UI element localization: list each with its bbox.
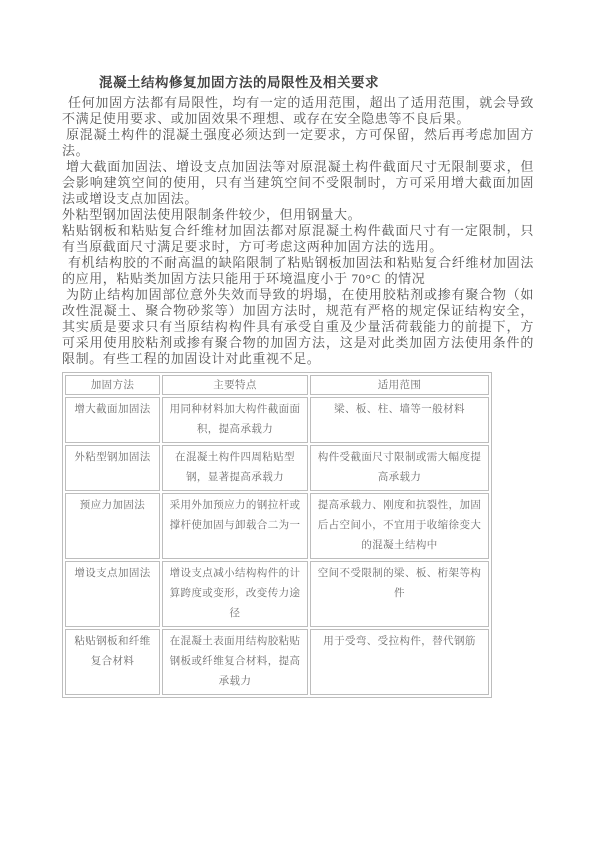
cell-method: 预应力加固法 xyxy=(65,493,160,559)
cell-scope: 提高承载力、刚度和抗裂性，加固后占空间小，不宜用于收缩徐变大的混凝土结构中 xyxy=(310,493,489,559)
paragraph-plate-fiber-limit: 粘贴钢板和粘贴复合纤维材加固法都对原混凝土构件截面尺寸有一定限制，只有当原截面尺… xyxy=(62,223,534,255)
paragraph-strength-requirement: 原混凝土构件的混凝土强度必须达到一定要求，方可保留，然后再考虑加固方法。 xyxy=(62,127,534,159)
header-method: 加固方法 xyxy=(65,375,160,395)
cell-method: 外粘型钢加固法 xyxy=(65,445,160,491)
table-row: 外粘型钢加固法 在混凝土构件四周粘贴型钢，显著提高承载力 构件受截面尺寸限制或需… xyxy=(65,445,489,491)
table-header-row: 加固方法 主要特点 适用范围 xyxy=(65,375,489,395)
table-row: 增大截面加固法 用同种材料加大构件截面面积，提高承载力 梁、板、柱、墙等一般材料 xyxy=(65,397,489,443)
table-row: 增设支点加固法 增设支点减小结构构件的计算跨度或变形，改变传力途径 空间不受限制… xyxy=(65,561,489,627)
table-row: 粘贴钢板和纤维复合材料 在混凝土表面用结构胶粘贴钢板或纤维复合材料，提高承载力 … xyxy=(65,629,489,695)
paragraph-collapse-prevention: 为防止结构加固部位意外失效而导致的坍塌，在使用胶粘剂或掺有聚合物（如改性混凝土、… xyxy=(62,287,534,367)
cell-scope: 空间不受限制的梁、板、桁架等构件 xyxy=(310,561,489,627)
cell-method: 粘贴钢板和纤维复合材料 xyxy=(65,629,160,695)
cell-method: 增设支点加固法 xyxy=(65,561,160,627)
paragraph-section-enlargement: 增大截面加固法、增设支点加固法等对原混凝土构件截面尺寸无限制要求，但会影响建筑空… xyxy=(62,159,534,207)
header-main-feature: 主要特点 xyxy=(162,375,308,395)
table-row: 预应力加固法 采用外加预应力的钢拉杆或撑杆使加固与卸载合二为一 提高承载力、刚度… xyxy=(65,493,489,559)
cell-feature: 用同种材料加大构件截面面积，提高承载力 xyxy=(162,397,308,443)
paragraph-adhesive-temperature: 有机结构胶的不耐高温的缺陷限制了粘贴钢板加固法和粘贴复合纤维材加固法的应用，粘贴… xyxy=(62,255,534,287)
document-title: 混凝土结构修复加固方法的局限性及相关要求 xyxy=(62,74,534,91)
cell-feature: 在混凝土构件四周粘贴型钢，显著提高承载力 xyxy=(162,445,308,491)
reinforcement-methods-table: 加固方法 主要特点 适用范围 增大截面加固法 用同种材料加大构件截面面积，提高承… xyxy=(62,372,492,698)
cell-scope: 构件受截面尺寸限制或需大幅度提高承载力 xyxy=(310,445,489,491)
cell-feature: 采用外加预应力的钢拉杆或撑杆使加固与卸载合二为一 xyxy=(162,493,308,559)
paragraph-limitations: 任何加固方法都有局限性，均有一定的适用范围，超出了适用范围，就会导致不满足使用要… xyxy=(62,95,534,127)
cell-method: 增大截面加固法 xyxy=(65,397,160,443)
cell-feature: 在混凝土表面用结构胶粘贴钢板或纤维复合材料，提高承载力 xyxy=(162,629,308,695)
cell-scope: 梁、板、柱、墙等一般材料 xyxy=(310,397,489,443)
cell-scope: 用于受弯、受拉构件，替代钢筋 xyxy=(310,629,489,695)
header-applicable-scope: 适用范围 xyxy=(310,375,489,395)
document-page: 混凝土结构修复加固方法的局限性及相关要求 任何加固方法都有局限性，均有一定的适用… xyxy=(0,0,595,842)
cell-feature: 增设支点减小结构构件的计算跨度或变形，改变传力途径 xyxy=(162,561,308,627)
paragraph-bonded-steel: 外粘型钢加固法使用限制条件较少，但用钢量大。 xyxy=(62,207,534,223)
